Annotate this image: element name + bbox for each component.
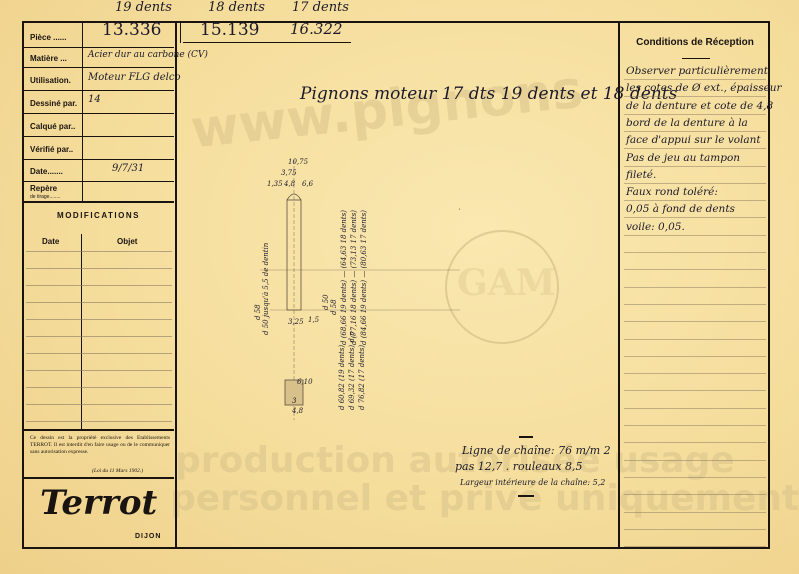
city-label: DIJON xyxy=(135,533,161,540)
ruled-line xyxy=(624,529,766,530)
chain-width-note: Largeur intérieure de la chaîne: 5,2 xyxy=(460,478,605,487)
modification-row-line xyxy=(26,268,172,269)
ruled-line xyxy=(624,79,766,80)
dim-1-5: 1,5 xyxy=(308,316,319,324)
diameter-row-3: d (84,66 19 dents) — (80,63 17 dents) xyxy=(360,210,368,345)
date-value: 9/7/31 xyxy=(112,163,144,174)
chain-line-note: Ligne de chaîne: 76 m/m 2 xyxy=(462,444,611,457)
drawing-sheet: www.pignons production autorisée usage p… xyxy=(0,0,799,574)
ruled-line xyxy=(624,321,766,322)
chain-pitch-note: pas 12,7 . rouleaux 8,5 xyxy=(455,460,583,473)
part-number-19: 13.336 xyxy=(102,20,161,40)
dessine-value: 14 xyxy=(88,94,101,105)
modifications-date-header: Date xyxy=(42,237,59,246)
modification-row-line xyxy=(26,353,172,354)
condition-line: voile: 0,05. xyxy=(626,221,685,233)
dessine-label: Dessiné par. xyxy=(30,99,77,108)
diameter-row-1: d (68,66 19 dents) — (64,63 18 dents) xyxy=(340,210,348,345)
ruled-line xyxy=(624,442,766,443)
ruled-line xyxy=(624,512,766,513)
condition-line: les cotes de Ø ext., épaisseur xyxy=(626,82,782,94)
ruled-line xyxy=(624,287,766,288)
ruled-line xyxy=(624,339,766,340)
dim-3-25: 3,25 xyxy=(288,318,304,326)
diameter-row-5: d 69,32 (17 dents) d.p xyxy=(348,331,356,410)
dim-4-8: 4,8 xyxy=(284,180,295,188)
ruled-line xyxy=(624,200,766,201)
terrot-logo: Terrot xyxy=(40,483,157,523)
dim-d58-left: d 58 xyxy=(254,304,262,320)
ruled-line xyxy=(624,252,766,253)
diameter-row-2: d (77,16 18 dents) — (73,13 17 dents) xyxy=(350,210,358,345)
utilisation-label: Utilisation. xyxy=(30,76,71,85)
modifications-title: MODIFICATIONS xyxy=(22,211,175,220)
matiere-value: Acier dur au carbone (CV) xyxy=(88,50,208,60)
modification-row-line xyxy=(26,404,172,405)
conditions-panel: Conditions de Réception Observer particu… xyxy=(618,21,772,549)
modification-row-line xyxy=(26,421,172,422)
part-number-17: 16.322 xyxy=(290,20,343,38)
ruled-line xyxy=(624,494,766,495)
ruled-line xyxy=(624,356,766,357)
dim-4-8-bottom: 4,8 xyxy=(292,407,303,415)
ruled-line xyxy=(624,183,766,184)
annotation-19-teeth: 19 dents xyxy=(115,0,172,15)
dim-d50: d 50 xyxy=(322,294,330,310)
annotation-18-teeth: 18 dents xyxy=(208,0,265,15)
condition-line: de la denture et cote de 4,8 xyxy=(626,100,773,112)
dim-3: 3 xyxy=(292,397,296,405)
calque-label: Calqué par.. xyxy=(30,122,75,131)
copyright-notice: Ce dessin est la propriété exclusive des… xyxy=(30,435,170,456)
modification-row-line xyxy=(26,387,172,388)
diameter-row-4: d 60,82 (19 dents) xyxy=(338,345,346,410)
verifie-label: Vérifié par.. xyxy=(30,145,73,154)
ruled-line xyxy=(624,408,766,409)
ruled-line xyxy=(624,131,766,132)
utilisation-value: Moteur FLG delco xyxy=(88,72,180,83)
modifications-objet-header: Objet xyxy=(117,237,137,246)
condition-line: Pas de jeu au tampon xyxy=(626,152,740,164)
repere-sub-label: de tirage........ xyxy=(30,194,61,200)
dim-d50-left: d 50 jusqu'à 5,5 de dentin xyxy=(262,243,270,335)
ruled-line xyxy=(624,477,766,478)
copyright-law: (Loi du 11 Mars 1902.) xyxy=(92,468,143,474)
modification-row-line xyxy=(26,319,172,320)
ruled-line xyxy=(624,148,766,149)
condition-line: Observer particulièrement xyxy=(626,65,768,77)
condition-line: fileté. xyxy=(626,169,656,181)
dim-6-10: 6,10 xyxy=(297,378,313,386)
ruled-line xyxy=(624,96,766,97)
ruled-line xyxy=(624,425,766,426)
annotation-17-teeth: 17 dents xyxy=(292,0,349,15)
condition-line: Faux rond toléré: xyxy=(626,186,718,198)
conditions-title: Conditions de Réception xyxy=(620,37,770,48)
ruled-line xyxy=(624,235,766,236)
ruled-line xyxy=(624,217,766,218)
ruled-line xyxy=(624,304,766,305)
part-number-18: 15.139 xyxy=(200,20,259,40)
ruled-line xyxy=(624,546,766,547)
modification-row-line xyxy=(26,251,172,252)
repere-label: Repère xyxy=(30,184,57,193)
piece-label: Pièce ...... xyxy=(30,33,66,42)
ruled-line xyxy=(624,166,766,167)
condition-line: bord de la denture à la xyxy=(626,117,748,129)
ruled-line xyxy=(624,460,766,461)
condition-line: 0,05 à fond de dents xyxy=(626,203,735,215)
ruled-line xyxy=(624,269,766,270)
dim-10-75: 10,75 xyxy=(288,158,308,166)
dim-6-6: 6,6 xyxy=(302,180,313,188)
ruled-line xyxy=(624,114,766,115)
modification-row-line xyxy=(26,302,172,303)
date-label: Date....... xyxy=(30,167,63,176)
condition-line: face d'appui sur le volant xyxy=(626,134,761,146)
modification-row-line xyxy=(26,336,172,337)
ruled-line xyxy=(624,373,766,374)
modification-row-line xyxy=(26,285,172,286)
diameter-row-6: d 76,82 (17 dents) xyxy=(358,345,366,410)
dim-1-35: 1,35 xyxy=(267,180,283,188)
ruled-line xyxy=(624,390,766,391)
matiere-label: Matière ... xyxy=(30,54,67,63)
dim-d58: d 58 xyxy=(330,299,338,315)
dim-3-75: 3,75 xyxy=(281,169,297,177)
modification-row-line xyxy=(26,370,172,371)
